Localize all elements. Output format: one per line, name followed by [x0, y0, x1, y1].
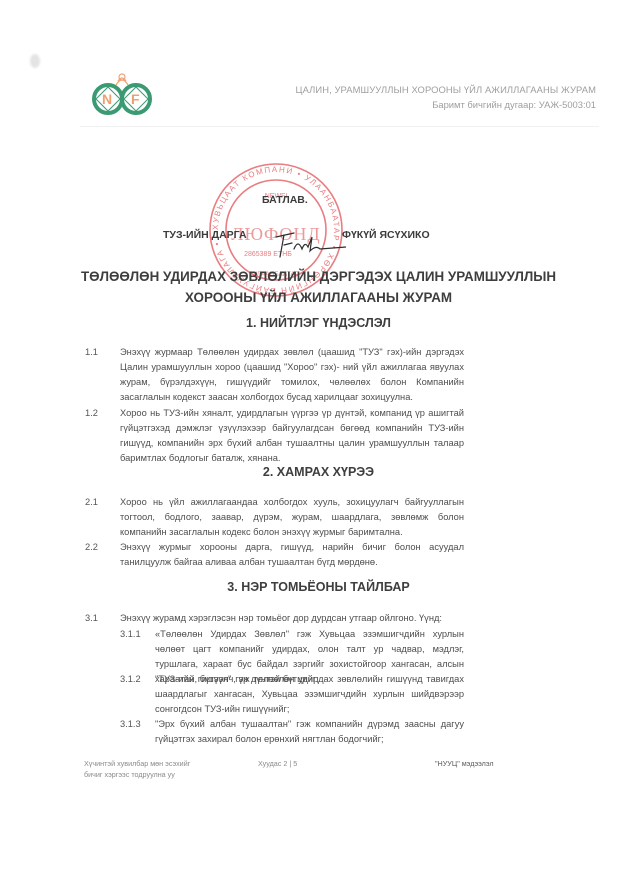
signer-name: ФҮКҮЙ ЯСҮХИКО [342, 229, 430, 241]
section-heading-2: 2. ХАМРАХ ХҮРЭЭ [60, 465, 577, 479]
clause-text: Энэхүү журмыг хорооны дарга, гишүүд, нар… [120, 540, 464, 570]
header-divider [80, 126, 599, 127]
svg-text:N: N [102, 91, 112, 107]
footer-note-line1: Хүчинтэй хувилбар мөн эсэхийг [84, 759, 190, 770]
clause-number: 3.1 [85, 613, 98, 623]
section-heading-3: 3. НЭР ТОМЬЁОНЫ ТАЙЛБАР [60, 580, 577, 594]
footer-note-line2: бичиг хэргээс тодруулна уу [84, 770, 190, 781]
company-logo-icon: N F [88, 71, 156, 117]
clause-text: Энэхүү журмаар Төлөөлөн удирдах зөвлөл (… [120, 345, 464, 405]
document-title: ТӨЛӨӨЛӨН УДИРДАХ ЗӨВЛӨЛИЙН ДЭРГЭДЭХ ЦАЛИ… [60, 266, 577, 308]
confidential-label: "НУУЦ" мэдээлэл [435, 759, 494, 768]
document-title-line1: ТӨЛӨӨЛӨН УДИРДАХ ЗӨВЛӨЛИЙН ДЭРГЭДЭХ ЦАЛИ… [60, 266, 577, 287]
document-title-line2: ХОРООНЫ ҮЙЛ АЖИЛЛАГААНЫ ЖУРАМ [60, 287, 577, 308]
subclause-text: "ТУЗ-ийн гишүүн" гэж төлөөлөн удирдах зө… [155, 672, 464, 717]
document-number: Баримт бичгийн дугаар: УАЖ-5003:01 [432, 99, 596, 110]
clause-number: 1.2 [85, 408, 98, 418]
scan-smudge [30, 54, 40, 68]
subclause-number: 3.1.1 [120, 629, 141, 639]
page-number: Хуудас 2 | 5 [258, 759, 297, 770]
signature-icon [272, 227, 346, 259]
clause-number: 2.1 [85, 497, 98, 507]
footer-note: Хүчинтэй хувилбар мөн эсэхийг бичиг хэрг… [84, 759, 190, 780]
subclause-number: 3.1.3 [120, 719, 141, 729]
subclause-number: 3.1.2 [120, 674, 141, 684]
section-heading-1: 1. НИЙТЛЭГ ҮНДЭСЛЭЛ [60, 316, 577, 330]
signer-role: ТУЗ-ИЙН ДАРГА [163, 229, 247, 241]
header-title: ЦАЛИН, УРАМШУУЛЛЫН ХОРООНЫ ҮЙЛ АЖИЛЛАГАА… [296, 84, 596, 95]
clause-text: Хороо нь үйл ажиллагаандаа холбогдох хуу… [120, 495, 464, 540]
subclause-text: "Эрх бүхий албан тушаалтан" гэж компаний… [155, 717, 464, 747]
clause-number: 2.2 [85, 542, 98, 552]
svg-text:F: F [131, 91, 140, 107]
clause-text: Энэхүү журамд хэрэглэсэн нэр томьёог дор… [120, 611, 464, 626]
clause-text: Хороо нь ТУЗ-ийн хяналт, удирдлагын үүрг… [120, 406, 464, 466]
clause-number: 1.1 [85, 347, 98, 357]
approval-label: БАТЛАВ. [262, 194, 308, 206]
